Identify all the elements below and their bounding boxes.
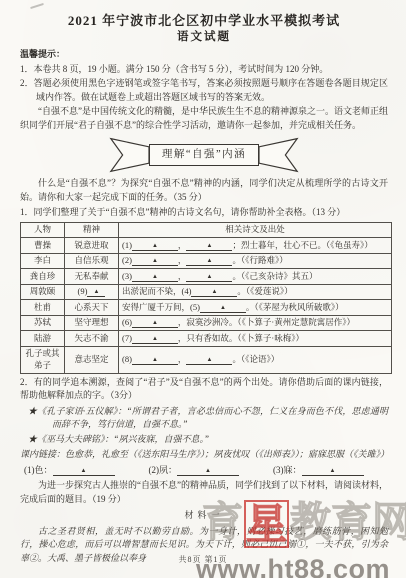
cell-spirit: 锐意进取 bbox=[65, 238, 119, 254]
cell-spirit: 心系天下 bbox=[65, 300, 119, 316]
answer-blank: ▲ bbox=[132, 320, 178, 328]
table-header-row: 人物 精神 相关诗文及出处 bbox=[21, 222, 392, 238]
answer-blank: ▲ bbox=[302, 468, 364, 476]
question-1-stem: 1．同学们整理了关于“自强不息”精神的古诗文名句，请你帮助补全表格。（13 分） bbox=[20, 206, 388, 220]
cell-spirit: 自信乐观 bbox=[65, 253, 119, 269]
cell-text: 出淤泥而不染，(4)▲。（《爱莲说》） bbox=[119, 284, 392, 300]
blank-su: (2)夙：▲ bbox=[149, 464, 240, 478]
question-2-stem: 2．有的同学追本溯源，查阅了“君子”及“自强不息”的两个出处。请你借助后面的课内… bbox=[20, 376, 388, 403]
col-header-spirit: 精神 bbox=[65, 222, 119, 238]
answer-blank: ▲ bbox=[87, 289, 105, 297]
answer-blank: ▲ bbox=[177, 468, 239, 476]
answer-blank: ▲ bbox=[132, 243, 178, 251]
cell-spirit: 坚守理想 bbox=[65, 315, 119, 331]
cell-person: 龚自珍 bbox=[21, 269, 65, 285]
cell-spirit: 意志坚定 bbox=[65, 346, 119, 373]
page-title: 2021 年宁波市北仑区初中学业水平模拟考试 bbox=[20, 14, 388, 28]
cell-text: (3)▲，▲。（《己亥杂诗》其五） bbox=[119, 269, 392, 285]
blank-mei: (3)寐：▲ bbox=[273, 464, 364, 478]
cell-spirit: (9)▲ bbox=[65, 284, 119, 300]
table-row: 陆游矢志不渝(7)▲，只有香如故。（《卜算子·咏梅》） bbox=[21, 331, 392, 347]
answer-blank: ▲ bbox=[132, 274, 178, 282]
material-intro: 为进一步探究古人推崇的“自强不息”的精神品质，同学们找到了以下材料，请阅读材料，… bbox=[20, 479, 388, 506]
answer-blank: ▲ bbox=[132, 336, 178, 344]
banner-ribbon-left-icon bbox=[109, 136, 149, 174]
quote-kongzi-jiayu: ★《孔子家语·五仪解》：“所谓君子者，言必忠信而心不怨，仁义在身而色不伐，思虑通… bbox=[20, 405, 388, 432]
cell-spirit: 无私奉献 bbox=[65, 269, 119, 285]
cell-text: (8)▲，▲。（《论语》） bbox=[119, 346, 392, 373]
banner-label: 理解“自强”内涵 bbox=[149, 144, 259, 167]
banner-ribbon-right-icon bbox=[259, 136, 299, 174]
answer-blank: ▲ bbox=[132, 357, 178, 365]
intro-paragraph: “自强不息”是中国传统文化的精髓，是中华民族生生不息的精神源泉之一。语文老师正组… bbox=[20, 105, 388, 132]
cell-person: 周敦颐 bbox=[21, 284, 65, 300]
col-header-text: 相关诗文及出处 bbox=[119, 222, 392, 238]
cell-person: 陆游 bbox=[21, 331, 65, 347]
table-row: 苏轼坚守理想(6)▲，寂寞沙洲冷。（《卜算子·黄州定慧院寓居作》） bbox=[21, 315, 392, 331]
blank-se: (1)色：▲ bbox=[24, 464, 115, 478]
scan-artifact bbox=[30, 3, 44, 9]
cell-text: (1)▲，▲；烈士暮年，壮心不已。（《龟虽寿》） bbox=[119, 238, 392, 254]
exam-paper-page: 2021 年宁波市北仑区初中学业水平模拟考试 语文试题 温馨提示： 1．本卷共 … bbox=[0, 0, 406, 578]
material-title: 材料一 bbox=[20, 509, 388, 523]
cell-text: 安得广厦千万间，(5)▲。（《茅屋为秋风所破歌》） bbox=[119, 300, 392, 316]
answer-blank: ▲ bbox=[53, 468, 115, 476]
table-row: 曹操锐意进取(1)▲，▲；烈士暮年，壮心不已。（《龟虽寿》） bbox=[21, 238, 392, 254]
answer-blank: ▲ bbox=[186, 274, 232, 282]
section-banner: 理解“自强”内涵 bbox=[20, 136, 388, 174]
cell-person: 李白 bbox=[21, 253, 65, 269]
cell-text: (2)▲，▲。（《行路难》） bbox=[119, 253, 392, 269]
table-row: 杜甫心系天下安得广厦千万间，(5)▲。（《茅屋为秋风所破歌》） bbox=[21, 300, 392, 316]
cell-text: (7)▲，只有香如故。（《卜算子·咏梅》） bbox=[119, 331, 392, 347]
page-subtitle: 语文试题 bbox=[20, 31, 388, 45]
notice-item-2: 2．答题必须使用黑色字迹钢笔或签字笔书写，答案必须按照题号顺序在答题卷各题目规定… bbox=[20, 77, 388, 104]
table-row: 龚自珍无私奉献(3)▲，▲。（《己亥杂诗》其五） bbox=[21, 269, 392, 285]
answer-blank: ▲ bbox=[186, 357, 232, 365]
answer-blank: ▲ bbox=[132, 258, 178, 266]
in-class-links: 课内链接：色愈恭，礼愈至（《送东阳马生序》）；夙夜忧叹（《出师表》）；寤寐思服（… bbox=[20, 448, 388, 462]
cell-person: 杜甫 bbox=[21, 300, 65, 316]
table-row: 孔子或其弟子意志坚定(8)▲，▲。（《论语》） bbox=[21, 346, 392, 373]
notice-item-1: 1．本卷共 8 页，19 小题。满分 150 分（含书写 5 分），考试时间为 … bbox=[20, 63, 388, 77]
table-body: 曹操锐意进取(1)▲，▲；烈士暮年，壮心不已。（《龟虽寿》）李白自信乐观(2)▲… bbox=[21, 238, 392, 374]
answer-blank: ▲ bbox=[186, 243, 232, 251]
poetry-table: 人物 精神 相关诗文及出处 曹操锐意进取(1)▲，▲；烈士暮年，壮心不已。（《龟… bbox=[20, 222, 392, 374]
table-row: 李白自信乐观(2)▲，▲。（《行路难》） bbox=[21, 253, 392, 269]
answer-blank: ▲ bbox=[186, 258, 232, 266]
table-row: 周敦颐(9)▲出淤泥而不染，(4)▲。（《爱莲说》） bbox=[21, 284, 392, 300]
cell-person: 曹操 bbox=[21, 238, 65, 254]
answer-blank: ▲ bbox=[200, 305, 246, 313]
cell-text: (6)▲，寂寞沙洲冷。（《卜算子·黄州定慧院寓居作》） bbox=[119, 315, 392, 331]
cell-person: 苏轼 bbox=[21, 315, 65, 331]
cell-person: 孔子或其弟子 bbox=[21, 346, 65, 373]
cell-spirit: 矢志不渝 bbox=[65, 331, 119, 347]
section-intro: 什么是“自强不息”？为探究“自强不息”精神的内涵，同学们决定从梳理所学的古诗文开… bbox=[20, 177, 388, 204]
page-footer: 共8页 第1页 bbox=[0, 553, 406, 567]
col-header-person: 人物 bbox=[21, 222, 65, 238]
answer-blank: ▲ bbox=[191, 289, 237, 297]
quote-wuma-beiming: ★《巫马大夫碑铭》：“夙兴夜寐，自强不息。” bbox=[20, 433, 388, 447]
definition-blanks-row: (1)色：▲ (2)夙：▲ (3)寐：▲ bbox=[20, 464, 388, 478]
notice-heading: 温馨提示： bbox=[20, 48, 388, 62]
